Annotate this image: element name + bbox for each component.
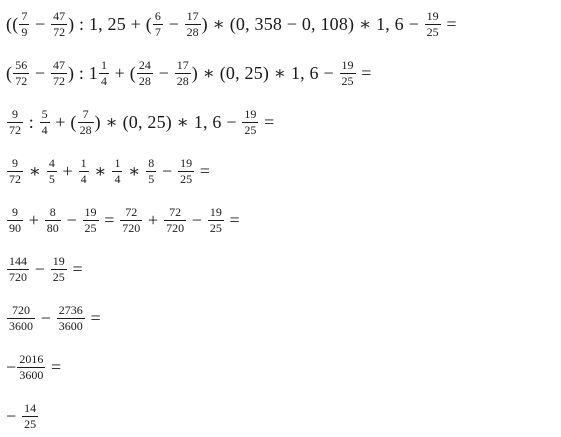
fraction-denominator: 28 xyxy=(78,123,94,137)
fraction-denominator: 3600 xyxy=(57,319,85,333)
fraction-denominator: 72 xyxy=(51,74,67,88)
equation-line: ((79 − 4772) : 1, 25 + (67 − 1728) ∗ (0,… xyxy=(6,0,561,49)
fraction-denominator: 720 xyxy=(120,221,142,235)
fraction: 7203600 xyxy=(7,304,35,333)
fraction: 79 xyxy=(19,10,29,39)
equation-line: 990 + 880 − 1925 = 72720 + 72720 − 1925 … xyxy=(6,196,561,245)
fraction: 14 xyxy=(99,59,109,88)
fraction-denominator: 5 xyxy=(146,172,156,186)
fraction-denominator: 7 xyxy=(153,25,163,39)
fraction-numerator: 9 xyxy=(7,206,23,221)
fraction-numerator: 7 xyxy=(78,108,94,123)
fraction: 1925 xyxy=(178,157,194,186)
fraction-denominator: 25 xyxy=(83,221,99,235)
fraction-denominator: 4 xyxy=(40,123,50,137)
fraction: 5672 xyxy=(13,59,29,88)
math-text: + xyxy=(24,210,44,230)
fraction-denominator: 72 xyxy=(7,123,23,137)
fraction-numerator: 19 xyxy=(425,10,441,25)
fraction-denominator: 4 xyxy=(99,74,109,88)
fraction-numerator: 72 xyxy=(120,206,142,221)
math-text: = xyxy=(442,14,457,34)
math-text: ) ∗ (0, 25) ∗ 1, 6 − xyxy=(192,63,339,83)
math-text: ∗ xyxy=(24,161,46,181)
fraction: 144720 xyxy=(7,255,29,284)
fraction-denominator: 25 xyxy=(425,25,441,39)
math-text: − xyxy=(6,357,16,377)
fraction-numerator: 19 xyxy=(340,59,356,74)
math-text: − xyxy=(36,308,56,328)
fraction-numerator: 1 xyxy=(99,59,109,74)
fraction-numerator: 7 xyxy=(19,10,29,25)
math-text: − xyxy=(30,63,50,83)
math-text: − xyxy=(62,210,82,230)
fraction-denominator: 25 xyxy=(242,123,258,137)
math-text: = xyxy=(46,357,61,377)
fraction: 1925 xyxy=(425,10,441,39)
fraction: 67 xyxy=(153,10,163,39)
fraction-numerator: 17 xyxy=(175,59,191,74)
fraction-denominator: 72 xyxy=(13,74,29,88)
math-text: ) : 1, 25 + ( xyxy=(68,14,152,34)
equation-line: (5672 − 4772) : 114 + (2428 − 1728) ∗ (0… xyxy=(6,49,561,98)
fraction-denominator: 28 xyxy=(137,74,153,88)
math-text: + ( xyxy=(110,63,136,83)
fraction-numerator: 14 xyxy=(22,402,38,417)
fraction-numerator: 8 xyxy=(45,206,61,221)
fraction-denominator: 720 xyxy=(7,270,29,284)
fraction-denominator: 28 xyxy=(185,25,201,39)
fraction: 14 xyxy=(112,157,122,186)
fraction-numerator: 56 xyxy=(13,59,29,74)
fraction: 4772 xyxy=(51,10,67,39)
fraction: 1925 xyxy=(83,206,99,235)
math-text: = xyxy=(195,161,210,181)
fraction: 20163600 xyxy=(17,353,45,382)
fraction-denominator: 720 xyxy=(164,221,186,235)
math-text: − xyxy=(30,14,50,34)
fraction-numerator: 19 xyxy=(83,206,99,221)
math-text: = xyxy=(86,308,101,328)
fraction-numerator: 4 xyxy=(47,157,57,172)
fraction-numerator: 47 xyxy=(51,10,67,25)
fraction: 1425 xyxy=(22,402,38,431)
fraction-numerator: 2016 xyxy=(17,353,45,368)
fraction-numerator: 19 xyxy=(178,157,194,172)
fraction: 1728 xyxy=(185,10,201,39)
fraction: 72720 xyxy=(164,206,186,235)
equation-line: 144720 − 1925 = xyxy=(6,245,561,294)
math-text: (( xyxy=(6,14,18,34)
equation-line: −20163600 = xyxy=(6,343,561,392)
math-text: + ( xyxy=(51,112,77,132)
equation-line: 972 : 54 + (728) ∗ (0, 25) ∗ 1, 6 − 1925… xyxy=(6,98,561,147)
fraction-numerator: 9 xyxy=(7,157,23,172)
fraction: 1925 xyxy=(51,255,67,284)
fraction-numerator: 19 xyxy=(51,255,67,270)
math-text: = xyxy=(100,210,120,230)
fraction: 972 xyxy=(7,157,23,186)
fraction-denominator: 72 xyxy=(7,172,23,186)
fraction: 54 xyxy=(40,108,50,137)
fraction-denominator: 28 xyxy=(175,74,191,88)
math-text: + xyxy=(58,161,78,181)
math-text: = xyxy=(259,112,274,132)
math-text: − xyxy=(187,210,207,230)
math-text: − xyxy=(157,161,177,181)
fraction-numerator: 19 xyxy=(208,206,224,221)
fraction: 1728 xyxy=(175,59,191,88)
math-text: ) ∗ (0, 358 − 0, 108) ∗ 1, 6 − xyxy=(202,14,424,34)
fraction: 85 xyxy=(146,157,156,186)
fraction-denominator: 4 xyxy=(112,172,122,186)
fraction-denominator: 25 xyxy=(178,172,194,186)
equation-line: 7203600 − 27363600 = xyxy=(6,294,561,343)
math-text: = xyxy=(225,210,240,230)
fraction-numerator: 1 xyxy=(112,157,122,172)
math-text: − xyxy=(154,63,174,83)
fraction: 2428 xyxy=(137,59,153,88)
fraction-denominator: 3600 xyxy=(17,368,45,382)
fraction-numerator: 72 xyxy=(164,206,186,221)
fraction-numerator: 720 xyxy=(7,304,35,319)
fraction: 728 xyxy=(78,108,94,137)
fraction-denominator: 4 xyxy=(79,172,89,186)
fraction: 72720 xyxy=(120,206,142,235)
fraction-denominator: 5 xyxy=(47,172,57,186)
math-text: ) ∗ (0, 25) ∗ 1, 6 − xyxy=(95,112,242,132)
math-text: ) : 1 xyxy=(68,63,98,83)
math-text: ∗ xyxy=(123,161,145,181)
fraction: 880 xyxy=(45,206,61,235)
fraction-numerator: 47 xyxy=(51,59,67,74)
fraction-denominator: 9 xyxy=(19,25,29,39)
fraction-denominator: 3600 xyxy=(7,319,35,333)
fraction-numerator: 1 xyxy=(79,157,89,172)
fraction: 990 xyxy=(7,206,23,235)
fraction-numerator: 144 xyxy=(7,255,29,270)
math-text: − xyxy=(6,406,21,426)
math-text: = xyxy=(68,259,83,279)
fraction-denominator: 25 xyxy=(208,221,224,235)
fraction: 1925 xyxy=(242,108,258,137)
equation-line: − 1425 xyxy=(6,392,561,437)
math-text: = xyxy=(357,63,372,83)
fraction: 14 xyxy=(79,157,89,186)
fraction: 27363600 xyxy=(57,304,85,333)
math-text: − xyxy=(164,14,184,34)
fraction-numerator: 8 xyxy=(146,157,156,172)
fraction-numerator: 24 xyxy=(137,59,153,74)
equation-line: 972 ∗ 45 + 14 ∗ 14 ∗ 85 − 1925 = xyxy=(6,147,561,196)
fraction-denominator: 90 xyxy=(7,221,23,235)
math-text: − xyxy=(30,259,50,279)
fraction-numerator: 19 xyxy=(242,108,258,123)
fraction-denominator: 25 xyxy=(22,417,38,431)
fraction-numerator: 5 xyxy=(40,108,50,123)
math-text: ∗ xyxy=(90,161,112,181)
fraction-denominator: 25 xyxy=(340,74,356,88)
fraction: 45 xyxy=(47,157,57,186)
fraction-numerator: 9 xyxy=(7,108,23,123)
fraction-denominator: 80 xyxy=(45,221,61,235)
fraction: 1925 xyxy=(208,206,224,235)
fraction-denominator: 72 xyxy=(51,25,67,39)
math-worksheet: ((79 − 4772) : 1, 25 + (67 − 1728) ∗ (0,… xyxy=(0,0,561,437)
fraction-numerator: 6 xyxy=(153,10,163,25)
math-text: ( xyxy=(6,63,12,83)
math-text: + xyxy=(143,210,163,230)
fraction: 972 xyxy=(7,108,23,137)
fraction: 1925 xyxy=(340,59,356,88)
fraction-numerator: 17 xyxy=(185,10,201,25)
math-text: : xyxy=(24,112,39,132)
fraction-numerator: 2736 xyxy=(57,304,85,319)
fraction-denominator: 25 xyxy=(51,270,67,284)
fraction: 4772 xyxy=(51,59,67,88)
